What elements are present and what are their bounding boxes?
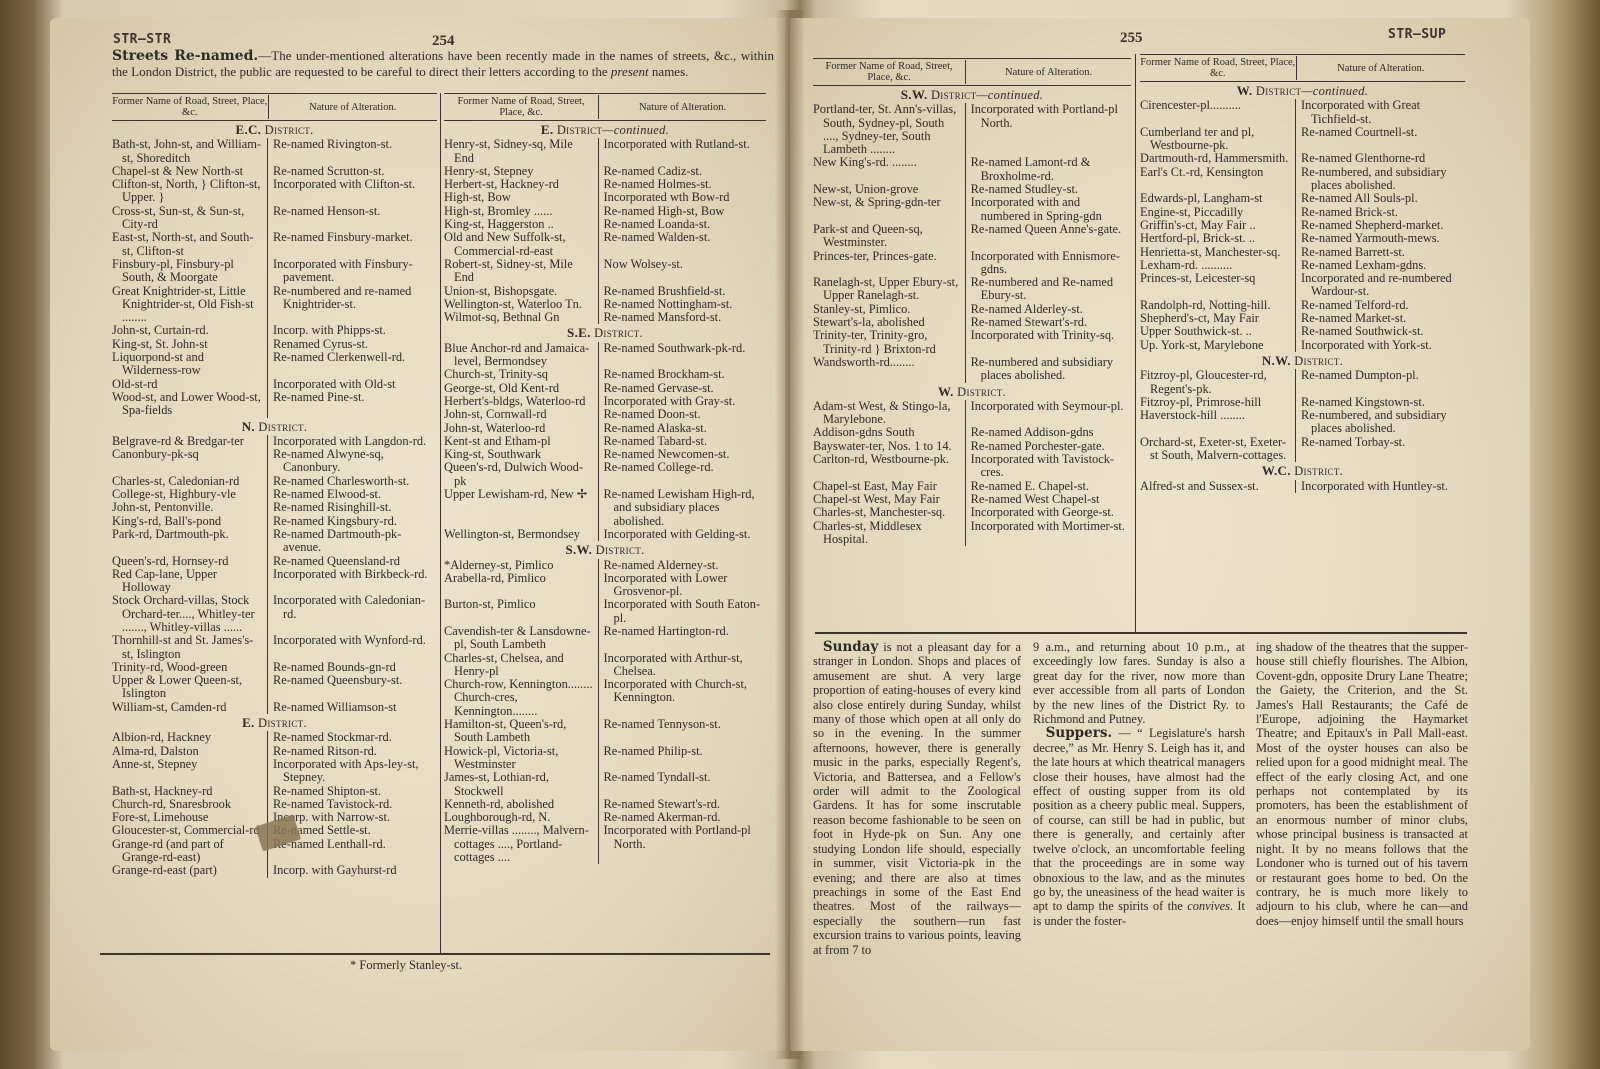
alteration: Incorporated with Ennismore-gdns. (966, 250, 1131, 277)
alteration: Re-named Scrutton-st. (268, 165, 437, 178)
table-row: Canonbury-pk-sqRe-named Alwyne-sq, Canon… (112, 448, 437, 475)
alteration: Re-named Shipton-st. (268, 785, 437, 798)
table-row: John-st, Cornwall-rdRe-named Doon-st. (444, 408, 766, 421)
former-name: Church-st, Trinity-sq (444, 368, 599, 381)
alteration: Re-named Doon-st. (599, 408, 766, 421)
former-name: Charles-st, Chelsea, and Henry-pl (444, 652, 599, 679)
alteration: Incorporated with Trinity-sq. (966, 329, 1131, 356)
table-row: College-st, Highbury-vleRe-named Elwood-… (112, 488, 437, 501)
alteration: Re-named Nottingham-st. (599, 298, 766, 311)
alteration: Re-named Clerkenwell-rd. (268, 351, 437, 378)
alteration: Re-named Tavistock-rd. (268, 798, 437, 811)
table-row: Herbert's-bldgs, Waterloo-rdIncorporated… (444, 395, 766, 408)
table-row: Adam-st West, & Stingo-la, Marylebone.In… (813, 400, 1131, 427)
alteration: Incorporated with Portland-pl North. (599, 824, 766, 864)
alteration: Re-named E. Chapel-st. (966, 480, 1131, 493)
alteration: Now Wolsey-st. (599, 258, 766, 285)
table-row: Princes-st, Leicester-sqIncorporated and… (1140, 272, 1465, 299)
former-name: Henry-st, Sidney-sq, Mile End (444, 138, 599, 165)
column-divider (440, 93, 441, 953)
alteration: Re-named Pine-st. (268, 391, 437, 418)
former-name: Belgrave-rd & Bredgar-ter (112, 435, 268, 448)
table-row: Chapel-st West, May FairRe-named West Ch… (813, 493, 1131, 506)
alteration: Re-named Alaska-st. (599, 422, 766, 435)
former-name: College-st, Highbury-vle (112, 488, 268, 501)
table-row: Union-st, Bishopsgate.Re-named Brushfiel… (444, 285, 766, 298)
table-row: Dartmouth-rd, Hammersmith.Re-named Glent… (1140, 152, 1465, 165)
table-row: Upper & Lower Queen-st, IslingtonRe-name… (112, 674, 437, 701)
former-name: Wilmot-sq, Bethnal Gn (444, 311, 599, 324)
table-row: Randolph-rd, Notting-hill.Re-named Telfo… (1140, 299, 1465, 312)
table-row: Hamilton-st, Queen's-rd, South LambethRe… (444, 718, 766, 745)
table-row: Arabella-rd, PimlicoIncorporated with Lo… (444, 572, 766, 599)
table-row: New-st, Union-groveRe-named Studley-st. (813, 183, 1131, 196)
alteration: Re-named Rivington-st. (268, 138, 437, 165)
table-row: Herbert-st, Hackney-rdRe-named Holmes-st… (444, 178, 766, 191)
alteration: Re-named Ritson-rd. (268, 745, 437, 758)
former-name: Addison-gdns South (813, 426, 966, 439)
table-header: Former Name of Road, Street, Place, &c. … (813, 58, 1131, 86)
alteration: Incorporated with Gray-st. (599, 395, 766, 408)
former-name: Edwards-pl, Langham-st (1140, 192, 1296, 205)
alteration: Incorporated with Aps-ley-st, Stepney. (268, 758, 437, 785)
former-name: King-st, Southwark (444, 448, 599, 461)
alteration: Incorporated with South Eaton-pl. (599, 598, 766, 625)
table-row: Old-st-rdIncorporated with Old-st (112, 378, 437, 391)
table-row: Great Knightrider-st, Little Knightrider… (112, 285, 437, 325)
table-row: Edwards-pl, Langham-stRe-named All Souls… (1140, 192, 1465, 205)
table-row: Anne-st, StepneyIncorporated with Aps-le… (112, 758, 437, 785)
former-name: Cavendish-ter & Lansdowne-pl, South Lamb… (444, 625, 599, 652)
district-heading: N. District. (112, 420, 437, 434)
former-name: East-st, North-st, and South-st, Clifton… (112, 231, 268, 258)
former-name: Dartmouth-rd, Hammersmith. (1140, 152, 1296, 165)
former-name: Henry-st, Stepney (444, 165, 599, 178)
table-row: Upper Southwick-st. ..Re-named Southwick… (1140, 325, 1465, 338)
table-row: King-st, St. John-stRenamed Cyrus-st. (112, 338, 437, 351)
former-name: King's-rd, Ball's-pond (112, 515, 268, 528)
district-heading: S.W. District. (444, 543, 766, 557)
former-name: Howick-pl, Victoria-st, Westminster (444, 745, 599, 772)
table-row: Blue Anchor-rd and Jamaica-level, Bermon… (444, 342, 766, 369)
table-row: John-st, Curtain-rd.Incorp. with Phipps-… (112, 324, 437, 337)
former-name: Lexham-rd. .......... (1140, 259, 1296, 272)
table-row: Wood-st, and Lower Wood-st, Spa-fieldsRe… (112, 391, 437, 418)
alteration: Re-named Mansford-st. (599, 311, 766, 324)
table-row: Haverstock-hill ........Re-numbered, and… (1140, 409, 1465, 436)
alteration: Incorporated with Rutland-st. (599, 138, 766, 165)
former-name: Fitzroy-pl, Primrose-hill (1140, 396, 1296, 409)
table-row: Church-row, Kennington........ Church-cr… (444, 678, 766, 718)
former-name: Queen's-rd, Dulwich Wood-pk (444, 461, 599, 488)
table-row: Kenneth-rd, abolishedRe-named Stewart's-… (444, 798, 766, 811)
table-row: Church-st, Trinity-sqRe-named Brockham-s… (444, 368, 766, 381)
district-heading: E. District—continued. (444, 123, 766, 137)
former-name: Union-st, Bishopsgate. (444, 285, 599, 298)
table-row: John-st, Waterloo-rdRe-named Alaska-st. (444, 422, 766, 435)
alteration: Re-named Dumpton-pl. (1296, 369, 1465, 396)
table-row: Albion-rd, HackneyRe-named Stockmar-rd. (112, 731, 437, 744)
table-row: Queen's-rd, Hornsey-rdRe-named Queenslan… (112, 555, 437, 568)
former-name: Carlton-rd, Westbourne-pk. (813, 453, 966, 480)
table-row: Liquorpond-st and Wilderness-rowRe-named… (112, 351, 437, 378)
former-name: Alma-rd, Dalston (112, 745, 268, 758)
table-row: Wilmot-sq, Bethnal GnRe-named Mansford-s… (444, 311, 766, 324)
former-name: Park-st and Queen-sq, Westminster. (813, 223, 966, 250)
table-row: Finsbury-pl, Finsbury-pl South, & Moorga… (112, 258, 437, 285)
former-name: Chapel-st East, May Fair (813, 480, 966, 493)
former-name: *Alderney-st, Pimlico (444, 559, 599, 572)
table-row: William-st, Camden-rdRe-named Williamson… (112, 701, 437, 714)
table-row: King's-rd, Ball's-pondRe-named Kingsbury… (112, 515, 437, 528)
table-row: Thornhill-st and St. James's-st, Islingt… (112, 634, 437, 661)
right-table-col2: Former Name of Road, Street, Place, &c. … (1140, 54, 1465, 493)
alteration: Re-named Stewart's-rd. (966, 316, 1131, 329)
alteration: Incorp. with Phipps-st. (268, 324, 437, 337)
alteration: Re-named Alderney-st. (599, 559, 766, 572)
table-row: Upper Lewisham-rd, New ✢Re-named Lewisha… (444, 488, 766, 528)
left-table-col1: Former Name of Road, Street, Place, &c. … (112, 93, 437, 878)
table-row: Alma-rd, DalstonRe-named Ritson-rd. (112, 745, 437, 758)
alteration: Re-named Southwark-pk-rd. (599, 342, 766, 369)
alteration: Re-named Brushfield-st. (599, 285, 766, 298)
former-name: Charles-st, Middlesex Hospital. (813, 520, 966, 547)
footnote: * Formerly Stanley-st. (350, 958, 462, 973)
former-name: Up. York-st, Marylebone (1140, 339, 1296, 352)
alteration: Incorporated with Caledonian-rd. (268, 594, 437, 634)
alteration: Re-named Brockham-st. (599, 368, 766, 381)
table-row: New-st, & Spring-gdn-terIncorporated wit… (813, 196, 1131, 223)
former-name: Bath-st, Hackney-rd (112, 785, 268, 798)
former-name: Wood-st, and Lower Wood-st, Spa-fields (112, 391, 268, 418)
table-row: Portland-ter, St. Ann's-villas, South, S… (813, 103, 1131, 156)
table-row: Cavendish-ter & Lansdowne-pl, South Lamb… (444, 625, 766, 652)
former-name: Chapel-st & New North-st (112, 165, 268, 178)
alteration: Re-named Newcomen-st. (599, 448, 766, 461)
former-name: Alfred-st and Sussex-st. (1140, 480, 1296, 493)
table-row: Cirencester-pl..........Incorporated wit… (1140, 99, 1465, 126)
alteration: Incorporated with Mortimer-st. (966, 520, 1131, 547)
former-name: Fore-st, Limehouse (112, 811, 268, 824)
former-name: New-st, & Spring-gdn-ter (813, 196, 966, 223)
former-name: Hertford-pl, Brick-st. .. (1140, 232, 1296, 245)
table-row: Alfred-st and Sussex-st.Incorporated wit… (1140, 480, 1465, 493)
former-name: Anne-st, Stepney (112, 758, 268, 785)
former-name: Haverstock-hill ........ (1140, 409, 1296, 436)
former-name: John-st, Curtain-rd. (112, 324, 268, 337)
alteration: Re-named Finsbury-market. (268, 231, 437, 258)
alteration: Incorporated with and numbered in Spring… (966, 196, 1131, 223)
table-row: Burton-st, PimlicoIncorporated with Sout… (444, 598, 766, 625)
alteration: Re-numbered, and subsidiary places aboli… (1296, 409, 1465, 436)
district-heading: S.W. District—continued. (813, 88, 1131, 102)
former-name: John-st, Cornwall-rd (444, 408, 599, 421)
former-name: Bayswater-ter, Nos. 1 to 14. (813, 440, 966, 453)
table-row: Charles-st, Middlesex Hospital.Incorpora… (813, 520, 1131, 547)
former-name: Upper Southwick-st. .. (1140, 325, 1296, 338)
alteration: Re-named Hartington-rd. (599, 625, 766, 652)
alteration: Incorporated with Tavistock-cres. (966, 453, 1131, 480)
entry-title-sunday: Sunday (823, 639, 878, 655)
table-row: Howick-pl, Victoria-st, WestminsterRe-na… (444, 745, 766, 772)
table-header: Former Name of Road, Street, Place, &c. … (444, 93, 766, 121)
table-row: Henry-st, Sidney-sq, Mile EndIncorporate… (444, 138, 766, 165)
former-name: Stock Orchard-villas, Stock Orchard-ter.… (112, 594, 268, 634)
alteration: Re-named Shepherd-market. (1296, 219, 1465, 232)
table-row: Old and New Suffolk-st, Commercial-rd-ea… (444, 231, 766, 258)
alteration: Incorporated with Portland-pl North. (966, 103, 1131, 156)
former-name: Loughborough-rd, N. (444, 811, 599, 824)
former-name: Wandsworth-rd........ (813, 356, 966, 383)
table-row: Stewart's-la, abolishedRe-named Stewart'… (813, 316, 1131, 329)
prose-sunday: Sunday is not a pleasant day for a stran… (813, 640, 1021, 957)
alteration: Re-named Alderley-st. (966, 303, 1131, 316)
former-name: Wellington-st, Waterloo Tn. (444, 298, 599, 311)
table-row: Lexham-rd. ..........Re-named Lexham-gdn… (1140, 259, 1465, 272)
alteration: Re-numbered, and subsidiary places aboli… (1296, 166, 1465, 193)
alteration: Incorporated with Seymour-pl. (966, 400, 1131, 427)
former-name: Queen's-rd, Hornsey-rd (112, 555, 268, 568)
former-name: Herbert's-bldgs, Waterloo-rd (444, 395, 599, 408)
alteration: Incorporated with Lower Grosvenor-pl. (599, 572, 766, 599)
alteration: Re-named Charlesworth-st. (268, 475, 437, 488)
table-row: Merrie-villas ........, Malvern-cottages… (444, 824, 766, 864)
former-name: William-st, Camden-rd (112, 701, 268, 714)
district-heading: W.C. District. (1140, 464, 1465, 478)
former-name: Cumberland ter and pl, Westbourne-pk. (1140, 126, 1296, 153)
former-name: John-st, Waterloo-rd (444, 422, 599, 435)
table-row: Kent-st and Etham-plRe-named Tabard-st. (444, 435, 766, 448)
former-name: Upper & Lower Queen-st, Islington (112, 674, 268, 701)
former-name: Bath-st, John-st, and William-st, Shored… (112, 138, 268, 165)
former-name: Earl's Ct.-rd, Kensington (1140, 166, 1296, 193)
former-name: Red Cap-lane, Upper Holloway (112, 568, 268, 595)
former-name: Adam-st West, & Stingo-la, Marylebone. (813, 400, 966, 427)
former-name: Great Knightrider-st, Little Knightrider… (112, 285, 268, 325)
table-row: Chapel-st & New North-stRe-named Scrutto… (112, 165, 437, 178)
table-row: Cross-st, Sun-st, & Sun-st, City-rdRe-na… (112, 205, 437, 232)
former-name: Wellington-st, Bermondsey (444, 528, 599, 541)
alteration: Renamed Cyrus-st. (268, 338, 437, 351)
alteration: Re-named Cadiz-st. (599, 165, 766, 178)
alteration: Re-named Tyndall-st. (599, 771, 766, 798)
alteration: Incorporated with Great Tichfield-st. (1296, 99, 1465, 126)
table-row: Robert-st, Sidney-st, Mile EndNow Wolsey… (444, 258, 766, 285)
table-row: Fitzroy-pl, Gloucester-rd, Regent's-pk.R… (1140, 369, 1465, 396)
alteration: Incorporated with George-st. (966, 506, 1131, 519)
alteration: Re-named Glenthorne-rd (1296, 152, 1465, 165)
alteration: Re-named Kingsbury-rd. (268, 515, 437, 528)
former-name: Engine-st, Piccadilly (1140, 206, 1296, 219)
alteration: Re-named Bounds-gn-rd (268, 661, 437, 674)
table-row: George-st, Old Kent-rdRe-named Gervase-s… (444, 382, 766, 395)
table-row: Belgrave-rd & Bredgar-terIncorporated wi… (112, 435, 437, 448)
table-row: Shepherd's-ct, May FairRe-named Market-s… (1140, 312, 1465, 325)
table-header: Former Name of Road, Street, Place, &c. … (112, 93, 437, 121)
table-row: King-st, SouthwarkRe-named Newcomen-st. (444, 448, 766, 461)
table-row: Wandsworth-rd........Re-numbered and sub… (813, 356, 1131, 383)
former-name: Albion-rd, Hackney (112, 731, 268, 744)
table-row: Ranelagh-st, Upper Ebury-st, Upper Ranel… (813, 276, 1131, 303)
former-name: Charles-st, Manchester-sq. (813, 506, 966, 519)
table-row: Park-st and Queen-sq, Westminster.Re-nam… (813, 223, 1131, 250)
former-name: Trinity-ter, Trinity-gro, Trinity-rd } B… (813, 329, 966, 356)
alteration: Re-named Gervase-st. (599, 382, 766, 395)
former-name: Randolph-rd, Notting-hill. (1140, 299, 1296, 312)
alteration: Re-named Henson-st. (268, 205, 437, 232)
alteration: Re-named Elwood-st. (268, 488, 437, 501)
table-row: Orchard-st, Exeter-st, Exeter-st South, … (1140, 436, 1465, 463)
former-name: Burton-st, Pimlico (444, 598, 599, 625)
table-row: Loughborough-rd, N.Re-named Akerman-rd. (444, 811, 766, 824)
table-header: Former Name of Road, Street, Place, &c. … (1140, 54, 1465, 82)
alteration: Re-numbered and subsidiary places abolis… (966, 356, 1131, 383)
alteration: Incorporated with Finsbury-pavement. (268, 258, 437, 285)
alteration: Incorporated with Gelding-st. (599, 528, 766, 541)
former-name: Thornhill-st and St. James's-st, Islingt… (112, 634, 268, 661)
former-name: High-st, Bow (444, 191, 599, 204)
alteration: Incorporated with York-st. (1296, 339, 1465, 352)
alteration: Re-named Holmes-st. (599, 178, 766, 191)
alteration: Re-named Porchester-gate. (966, 440, 1131, 453)
table-row: Wellington-st, Waterloo Tn.Re-named Nott… (444, 298, 766, 311)
alteration: Re-named Tabard-st. (599, 435, 766, 448)
open-book: STR—STR 254 Streets Re-named.—The under-… (0, 0, 1600, 1069)
alteration: Re-numbered and Re-named Ebury-st. (966, 276, 1131, 303)
former-name: Ranelagh-st, Upper Ebury-st, Upper Ranel… (813, 276, 966, 303)
table-row: Hertford-pl, Brick-st. ..Re-named Yarmou… (1140, 232, 1465, 245)
section-title: Streets Re-named. (112, 48, 258, 64)
table-row: Henry-st, StepneyRe-named Cadiz-st. (444, 165, 766, 178)
alteration: Re-named West Chapel-st (966, 493, 1131, 506)
alteration: Incorporated and re-numbered Wardour-st. (1296, 272, 1465, 299)
alteration: Incorporated with Church-st, Kennington. (599, 678, 766, 718)
left-table-col2: Former Name of Road, Street, Place, &c. … (444, 93, 766, 864)
former-name: Clifton-st, North, } Clifton-st, Upper. … (112, 178, 268, 205)
former-name: Princes-ter, Princes-gate. (813, 250, 966, 277)
alteration: Re-named Alwyne-sq, Canonbury. (268, 448, 437, 475)
alteration: Incorporated with Langdon-rd. (268, 435, 437, 448)
former-name: Henrietta-st, Manchester-sq. (1140, 246, 1296, 259)
right-table-col1: Former Name of Road, Street, Place, &c. … (813, 58, 1131, 546)
alteration: Re-named Philip-st. (599, 745, 766, 772)
former-name: Orchard-st, Exeter-st, Exeter-st South, … (1140, 436, 1296, 463)
alteration: Re-named Walden-st. (599, 231, 766, 258)
table-row: Bath-st, Hackney-rdRe-named Shipton-st. (112, 785, 437, 798)
alteration: Re-named Lenthall-rd. (268, 838, 437, 865)
alteration: Re-named Akerman-rd. (599, 811, 766, 824)
former-name: Finsbury-pl, Finsbury-pl South, & Moorga… (112, 258, 268, 285)
table-row: Charles-st, Manchester-sq.Incorporated w… (813, 506, 1131, 519)
former-name: Griffin's-ct, May Fair .. (1140, 219, 1296, 232)
alteration: Re-named Dartmouth-pk-avenue. (268, 528, 437, 555)
alteration: Re-named Southwick-st. (1296, 325, 1465, 338)
district-heading: W. District—continued. (1140, 84, 1465, 98)
table-row: Charles-st, Chelsea, and Henry-plIncorpo… (444, 652, 766, 679)
district-heading: N.W. District. (1140, 354, 1465, 368)
district-heading: E.C. District. (112, 123, 437, 137)
alteration: Re-named Queen Anne's-gate. (966, 223, 1131, 250)
table-row: Trinity-rd, Wood-greenRe-named Bounds-gn… (112, 661, 437, 674)
table-row: Carlton-rd, Westbourne-pk.Incorporated w… (813, 453, 1131, 480)
table-row: Park-rd, Dartmouth-pk.Re-named Dartmouth… (112, 528, 437, 555)
running-head-right: STR—SUP (1388, 27, 1446, 42)
former-name: Shepherd's-ct, May Fair (1140, 312, 1296, 325)
prose-suppers: 9 a.m., and returning about 10 p.m., at … (1033, 640, 1245, 928)
table-row: Henrietta-st, Manchester-sq.Re-named Bar… (1140, 246, 1465, 259)
former-name: Liquorpond-st and Wilderness-row (112, 351, 268, 378)
former-name: Grange-rd (and part of Grange-rd-east) (112, 838, 268, 865)
alteration: Incorp. with Gayhurst-rd (268, 864, 437, 877)
alteration: Incorporated with Huntley-st. (1296, 480, 1465, 493)
book-gutter (775, 10, 805, 1059)
running-head-left: STR—STR (113, 32, 171, 47)
former-name: High-st, Bromley ...... (444, 205, 599, 218)
table-row: Cumberland ter and pl, Westbourne-pk.Re-… (1140, 126, 1465, 153)
former-name: Portland-ter, St. Ann's-villas, South, S… (813, 103, 966, 156)
table-row: King-st, Haggerston ..Re-named Loanda-st… (444, 218, 766, 231)
table-row: Earl's Ct.-rd, KensingtonRe-numbered, an… (1140, 166, 1465, 193)
former-name: Blue Anchor-rd and Jamaica-level, Bermon… (444, 342, 599, 369)
table-row: James-st, Lothian-rd, StockwellRe-named … (444, 771, 766, 798)
table-row: *Alderney-st, PimlicoRe-named Alderney-s… (444, 559, 766, 572)
former-name: Charles-st, Caledonian-rd (112, 475, 268, 488)
alteration: Re-named Loanda-st. (599, 218, 766, 231)
alteration: Incorporated wth Bow-rd (599, 191, 766, 204)
district-heading: E. District. (112, 716, 437, 730)
table-bottom-rule (100, 953, 770, 955)
former-name: Old-st-rd (112, 378, 268, 391)
table-row: Addison-gdns SouthRe-named Addison-gdns (813, 426, 1131, 439)
alteration: Re-named Stewart's-rd. (599, 798, 766, 811)
former-name: Upper Lewisham-rd, New ✢ (444, 488, 599, 528)
alteration: Re-named Queensbury-st. (268, 674, 437, 701)
table-row: Chapel-st East, May FairRe-named E. Chap… (813, 480, 1131, 493)
table-row: Stock Orchard-villas, Stock Orchard-ter.… (112, 594, 437, 634)
table-bottom-rule (815, 632, 1467, 634)
alteration: Incorporated with Clifton-st. (268, 178, 437, 205)
column-divider (1135, 54, 1136, 632)
table-row: Griffin's-ct, May Fair ..Re-named Shephe… (1140, 219, 1465, 232)
former-name: Fitzroy-pl, Gloucester-rd, Regent's-pk. (1140, 369, 1296, 396)
former-name: Herbert-st, Hackney-rd (444, 178, 599, 191)
former-name: Cross-st, Sun-st, & Sun-st, City-rd (112, 205, 268, 232)
table-row: John-st, Pentonville.Re-named Risinghill… (112, 501, 437, 514)
alteration: Re-named Studley-st. (966, 183, 1131, 196)
former-name: George-st, Old Kent-rd (444, 382, 599, 395)
alteration: Re-named Yarmouth-mews. (1296, 232, 1465, 245)
alteration: Incorporated with Old-st (268, 378, 437, 391)
former-name: Grange-rd-east (part) (112, 864, 268, 877)
table-row: Church-rd, SnaresbrookRe-named Tavistock… (112, 798, 437, 811)
table-row: Charles-st, Caledonian-rdRe-named Charle… (112, 475, 437, 488)
table-row: High-st, BowIncorporated wth Bow-rd (444, 191, 766, 204)
former-name: Park-rd, Dartmouth-pk. (112, 528, 268, 555)
former-name: Cirencester-pl.......... (1140, 99, 1296, 126)
former-name: Kent-st and Etham-pl (444, 435, 599, 448)
alteration: Incorporated with Wynford-rd. (268, 634, 437, 661)
table-row: Princes-ter, Princes-gate.Incorporated w… (813, 250, 1131, 277)
former-name: Stewart's-la, abolished (813, 316, 966, 329)
prose-suppers-cont: ing shadow of the theatres that the supp… (1256, 640, 1468, 928)
former-name: Merrie-villas ........, Malvern-cottages… (444, 824, 599, 864)
intro-paragraph: Streets Re-named.—The under-mentioned al… (112, 48, 774, 79)
table-row: Fitzroy-pl, Primrose-hillRe-named Kingst… (1140, 396, 1465, 409)
alteration: Re-named Courtnell-st. (1296, 126, 1465, 153)
page-number-right: 255 (1120, 30, 1143, 47)
alteration: Re-named High-st, Bow (599, 205, 766, 218)
table-row: Grange-rd-east (part)Incorp. with Gayhur… (112, 864, 437, 877)
